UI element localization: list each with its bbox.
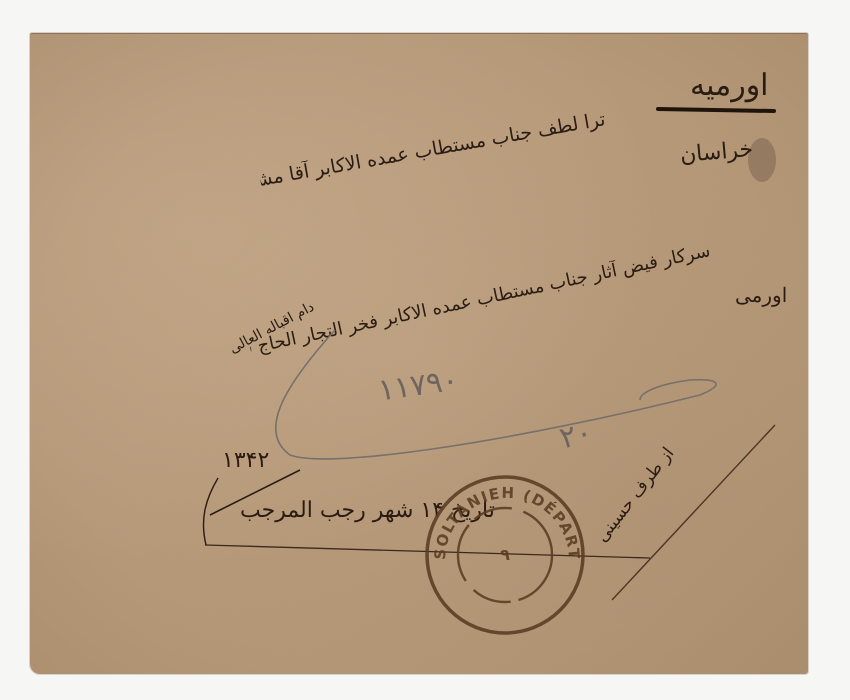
postmark-center-text: ۹ <box>500 545 510 564</box>
postmark: SOLTANIEH (DÉPART) ۱۳۰ ۹ <box>0 0 850 700</box>
